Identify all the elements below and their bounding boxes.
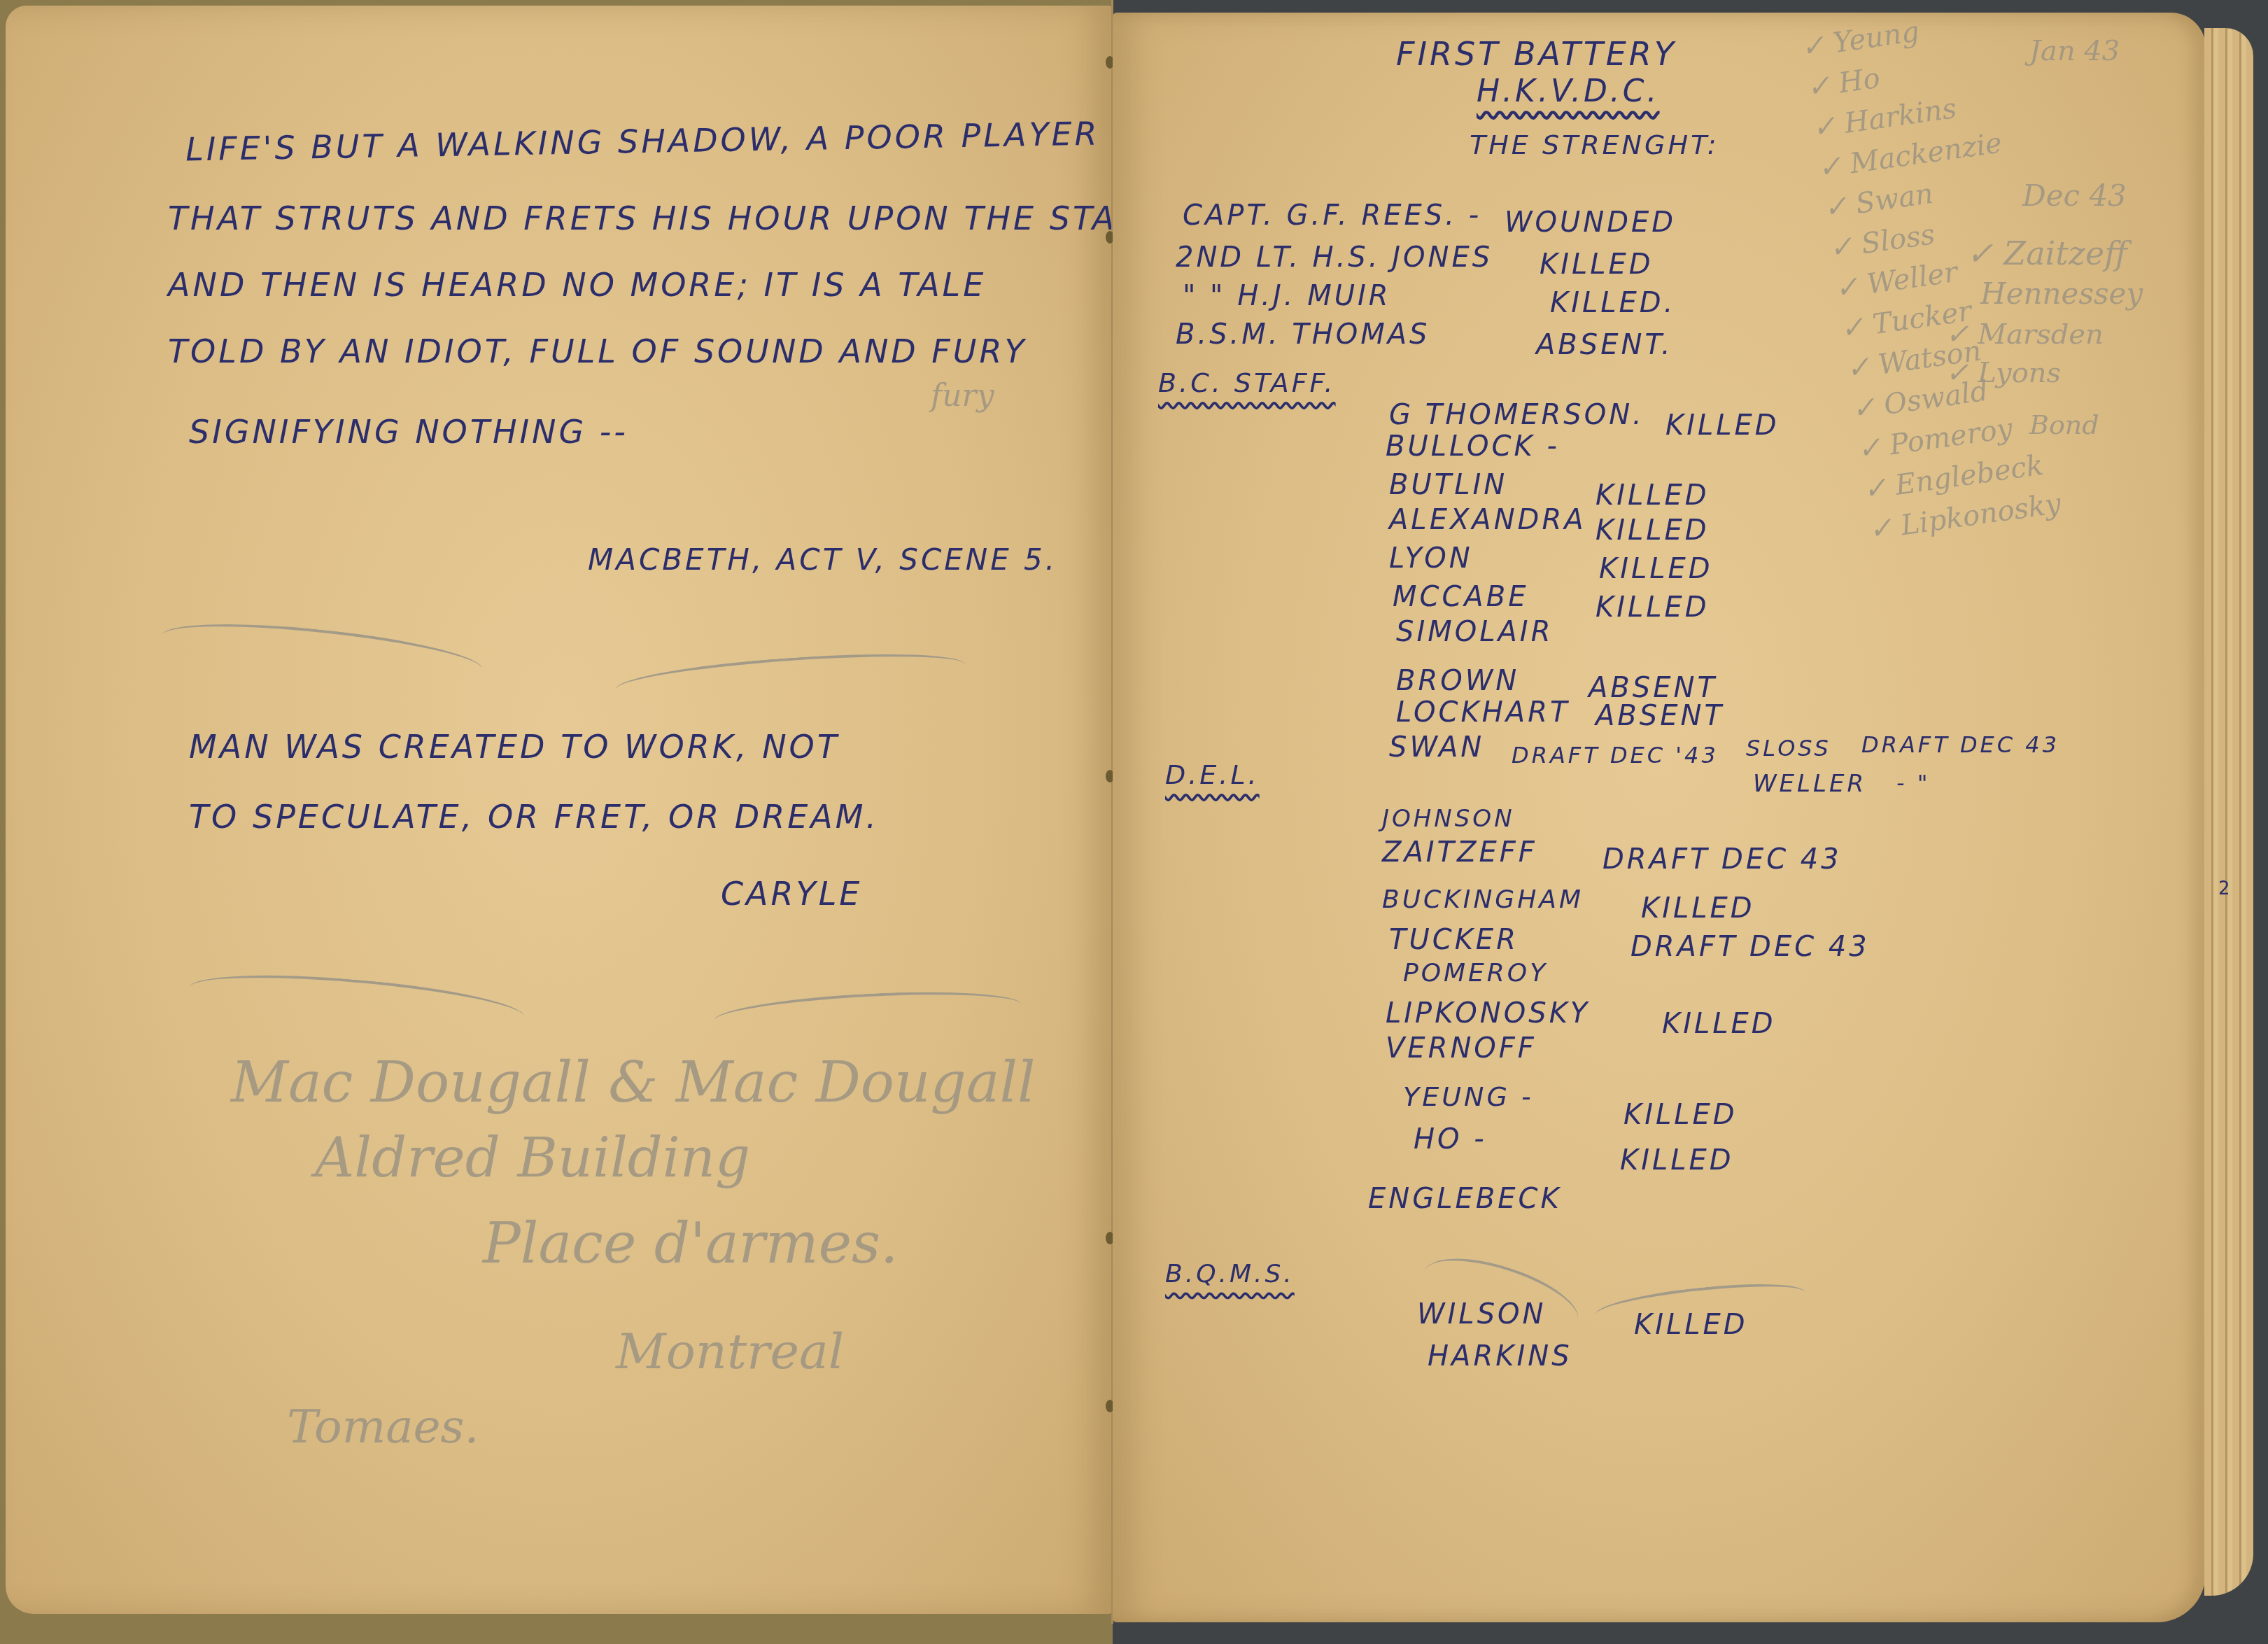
pencil-note-date: Jan 43 [2029, 35, 2120, 67]
side-note-status: Draft Dec 43 [1861, 731, 2059, 758]
officer-status: Wounded [1505, 206, 1676, 239]
officer-name: 2nd Lt. H.S. Jones [1176, 241, 1493, 274]
pencil-note-bond: Bond [2029, 409, 2099, 440]
member-status: Killed [1662, 1008, 1776, 1040]
officer-name: B.S.M. Thomas [1176, 318, 1430, 351]
member-status: Killed [1634, 1309, 1748, 1341]
member-name: Bullock - [1386, 430, 1560, 463]
side-note-name: Sloss [1746, 735, 1831, 761]
pencil-note-address-4: Montreal [616, 1323, 844, 1380]
member-name: Zaitzeff [1382, 836, 1537, 869]
member-name: G Thomerson. [1389, 399, 1644, 431]
quote2-attribution: Caryle [721, 875, 862, 913]
page-number: 2 [2218, 878, 2230, 899]
pencil-check-item: ✓ Lyons [1945, 357, 2061, 389]
member-status: Absent [1596, 700, 1724, 732]
member-name: Tucker [1389, 924, 1519, 956]
member-name: Lockhart [1396, 696, 1570, 729]
quote1-line-5: Signifying nothing -- [189, 413, 628, 451]
member-name: Pomeroy [1403, 959, 1548, 988]
member-name: Lyon [1389, 542, 1473, 575]
roster-title: First Battery [1396, 35, 1677, 73]
pencil-note-address-1: Mac Dougall & Mac Dougall [231, 1050, 1036, 1115]
pencil-note-date: Dec 43 [2022, 178, 2127, 213]
pencil-note-address-3: Place d'armes. [483, 1211, 899, 1276]
section-label-del: D.E.L. [1165, 759, 1260, 790]
member-name: Brown [1396, 665, 1519, 697]
quote1-line-3: And then is heard no more; it is a tale [168, 266, 986, 304]
member-status: Killed [1596, 591, 1710, 624]
quote2-line-2: to speculate, or fret, or dream. [189, 798, 879, 836]
member-name: Johnson [1382, 805, 1515, 833]
pencil-check-item: ✓ Marsden [1945, 318, 2104, 351]
pencil-check-item: Hennessey [1980, 276, 2143, 311]
member-name: Wilson [1417, 1298, 1546, 1330]
member-status: Draft Dec '43 [1512, 742, 1719, 768]
section-label-bc-staff: B.C. Staff. [1158, 367, 1336, 398]
pencil-note-address-2: Aldred Building [315, 1127, 750, 1190]
roster-unit: H.K.V.D.C. [1477, 73, 1660, 109]
member-name: Ho - [1414, 1123, 1487, 1155]
member-name: Simolair [1396, 616, 1553, 648]
member-status: Killed [1596, 514, 1710, 547]
member-status: Killed [1599, 553, 1713, 585]
pencil-check-item: ✓ Zaitzeff [1966, 234, 2127, 272]
officer-name: Capt. G.F. Rees. - [1183, 199, 1481, 232]
member-status: Killed [1620, 1144, 1734, 1176]
member-status: Draft Dec 43 [1603, 843, 1842, 876]
member-name: Lipkonosky [1386, 997, 1590, 1030]
member-name: Butlin [1389, 469, 1507, 501]
roster-subtitle: The Strenght: [1470, 129, 1719, 160]
quote1-line-4: Told by an idiot, full of sound and fury [168, 332, 1027, 370]
side-note-name: Weller [1753, 770, 1866, 798]
member-status: Killed [1623, 1099, 1738, 1131]
member-status: Killed [1665, 409, 1780, 442]
pencil-note-fury: fury [931, 378, 994, 414]
member-name: Harkins [1428, 1340, 1572, 1372]
side-note-status: - " [1896, 770, 1930, 796]
officer-status: Killed [1540, 248, 1654, 281]
pencil-note-tomaes: Tomaes. [287, 1400, 479, 1454]
member-name: Englebeck [1368, 1183, 1562, 1215]
member-status: Killed [1641, 892, 1755, 925]
officer-name: " " H.J. Muir [1183, 280, 1391, 312]
member-name: Vernoff [1386, 1032, 1537, 1065]
page-edges [2204, 28, 2253, 1596]
quote1-line-2: That struts and frets his hour upon the … [168, 199, 1168, 237]
quote1-attribution: Macbeth, Act V, Scene 5. [588, 542, 1057, 577]
member-name: Alexandra [1389, 504, 1586, 536]
officer-status: Absent. [1536, 329, 1673, 361]
member-name: Buckingham [1382, 885, 1584, 914]
member-name: Yeung - [1403, 1081, 1534, 1112]
quote2-line-1: Man was created to work, not [189, 728, 840, 766]
member-status: Draft Dec 43 [1630, 931, 1870, 963]
member-status: Killed [1596, 479, 1710, 512]
officer-status: Killed. [1550, 287, 1675, 319]
member-name: Swan [1389, 731, 1484, 764]
section-label-bqms: B.Q.M.S. [1165, 1260, 1295, 1288]
member-name: McCabe [1393, 581, 1528, 613]
